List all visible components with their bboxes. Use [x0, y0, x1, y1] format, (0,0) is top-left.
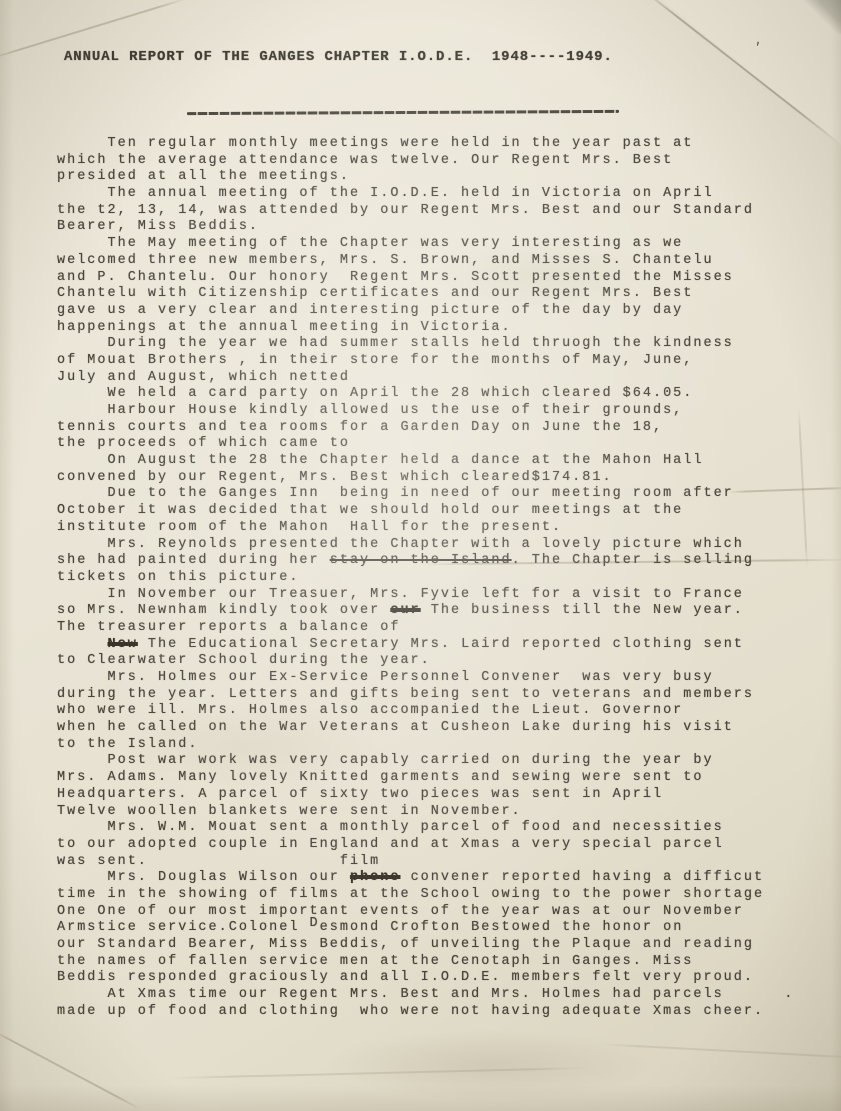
- document-line: gave us a very clear and interesting pic…: [57, 303, 794, 320]
- document-title: ANNUAL REPORT OF THE GANGES CHAPTER I.O.…: [64, 49, 613, 65]
- document-line: so Mrs. Newnham kindly took over our The…: [57, 603, 794, 620]
- typed-text: . The Chapter is selling: [512, 553, 754, 568]
- struck-text: stay on the Island: [330, 553, 512, 568]
- document-line: who were ill. Mrs. Holmes also accompani…: [57, 703, 794, 720]
- document-line: when he called on the War Veterans at Cu…: [57, 720, 794, 737]
- crease-right-vertical: [798, 409, 808, 569]
- document-line: The treasurer reports a balance of: [57, 620, 794, 637]
- typed-text: Bearer, Miss Beddis.: [57, 219, 259, 234]
- typed-text: during the year. Letters and gifts being…: [57, 687, 754, 702]
- document-line: On August the 28 the Chapter held a danc…: [57, 453, 794, 470]
- typed-text: the t2, 13, 14, was attended by our Rege…: [57, 203, 754, 218]
- typed-text: Harbour House kindly allowed us the use …: [57, 403, 683, 418]
- corner-background-sliver: [801, 0, 841, 34]
- typed-text: to the Island.: [57, 737, 198, 752]
- typed-text: institute room of the Mahon Hall for the…: [57, 520, 562, 535]
- document-line: Mrs. Reynolds presented the Chapter with…: [57, 537, 794, 554]
- document-line: our Standard Bearer, Miss Beddis, of unv…: [57, 937, 794, 954]
- typed-text: July and August, which netted: [57, 370, 350, 385]
- document-line: institute room of the Mahon Hall for the…: [57, 520, 794, 537]
- typed-text: Beddis responded graciously and all I.O.…: [57, 970, 754, 985]
- typed-text: Due to the Ganges Inn being in need of o…: [57, 486, 734, 501]
- struck-text: our: [390, 603, 420, 618]
- scanned-document-page: ANNUAL REPORT OF THE GANGES CHAPTER I.O.…: [0, 0, 841, 1111]
- document-line: Armstice service.Colonel Desmond Crofton…: [57, 920, 794, 937]
- typed-text: Chantelu with Citizenship certificates a…: [57, 286, 693, 301]
- document-line: of Mouat Brothers , in their store for t…: [57, 353, 794, 370]
- document-line: the t2, 13, 14, was attended by our Rege…: [57, 203, 794, 220]
- document-line: the names of fallen service men at the C…: [57, 954, 794, 971]
- typed-text: presided at all the meetings.: [57, 169, 350, 184]
- document-line: the proceeds of which came to: [57, 436, 794, 453]
- typed-text: tennis courts and tea rooms for a Garden…: [57, 420, 663, 435]
- typed-text: Twelve woollen blankets were sent in Nov…: [57, 804, 522, 819]
- document-line: The May meeting of the Chapter was very …: [57, 236, 794, 253]
- typed-text: happenings at the annual meeting in Vict…: [57, 320, 512, 335]
- stray-ink-mark: ': [751, 39, 762, 55]
- typed-text: welcomed three new members, Mrs. S. Brow…: [57, 253, 714, 268]
- document-line: Chantelu with Citizenship certificates a…: [57, 286, 794, 303]
- document-line: happenings at the annual meeting in Vict…: [57, 320, 794, 337]
- document-line: to Clearwater School during the year.: [57, 653, 794, 670]
- typed-text: tickets on this picture.: [57, 570, 299, 585]
- document-line: during the year. Letters and gifts being…: [57, 687, 794, 704]
- document-line: In November our Treasuer, Mrs. Fyvie lef…: [57, 587, 794, 604]
- typed-text: time in the showing of films at the Scho…: [57, 887, 764, 902]
- typed-text: the names of fallen service men at the C…: [57, 954, 693, 969]
- document-line: Due to the Ganges Inn being in need of o…: [57, 486, 794, 503]
- paper-stain: [330, 1030, 650, 1100]
- typed-text: who were ill. Mrs. Holmes also accompani…: [57, 703, 683, 718]
- document-line: July and August, which netted: [57, 370, 794, 387]
- crease-bottom-1: [170, 1067, 590, 1079]
- document-line: she had painted during her stay on the I…: [57, 553, 794, 570]
- document-line: Headquarters. A parcel of sixty two piec…: [57, 787, 794, 804]
- typed-text: Mrs. Adams. Many lovely Knitted garments…: [57, 770, 703, 785]
- typed-text: to our adopted couple in England and at …: [57, 837, 724, 852]
- document-line: New The Educational Secretary Mrs. Laird…: [57, 637, 794, 654]
- typed-text: Mrs. Reynolds presented the Chapter with…: [57, 537, 744, 552]
- typed-text: convener reported having a difficut: [400, 870, 764, 885]
- document-line: Mrs. Adams. Many lovely Knitted garments…: [57, 770, 794, 787]
- document-line: We held a card party on April the 28 whi…: [57, 386, 794, 403]
- typed-text: she had painted during her: [57, 553, 330, 568]
- document-line: tickets on this picture.: [57, 570, 794, 587]
- crease-bottom-2: [600, 1043, 841, 1058]
- typed-divider-rule: [187, 110, 619, 115]
- document-line: One One of our most important events of …: [57, 904, 794, 921]
- typed-text: One One of our most important events of …: [57, 904, 744, 919]
- document-line: and P. Chantelu. Our honory Regent Mrs. …: [57, 270, 794, 287]
- document-line: was sent. film: [57, 854, 794, 871]
- typed-text: our Standard Bearer, Miss Beddis, of unv…: [57, 937, 754, 952]
- typed-text: of Mouat Brothers , in their store for t…: [57, 353, 693, 368]
- document-line: to our adopted couple in England and at …: [57, 837, 794, 854]
- struck-text: phone: [350, 870, 401, 885]
- typed-text: convened by our Regent, Mrs. Best which …: [57, 470, 613, 485]
- typed-text: During the year we had summer stalls hel…: [57, 336, 734, 351]
- document-line: Beddis responded graciously and all I.O.…: [57, 970, 794, 987]
- typed-text: so Mrs. Newnham kindly took over: [57, 603, 390, 618]
- typed-text: Mrs. Holmes our Ex-Service Personnel Con…: [57, 670, 714, 685]
- typed-text: On August the 28 the Chapter held a danc…: [57, 453, 703, 468]
- document-line: Ten regular monthly meetings were held i…: [57, 136, 794, 153]
- document-line: which the average attendance was twelve.…: [57, 153, 794, 170]
- typed-text: In November our Treasuer, Mrs. Fyvie lef…: [57, 587, 744, 602]
- typed-text: made up of food and clothing who were no…: [57, 1004, 764, 1019]
- typed-text: Mrs. Douglas Wilson our: [57, 870, 350, 885]
- document-line: Mrs. Douglas Wilson our phone convener r…: [57, 870, 794, 887]
- document-line: welcomed three new members, Mrs. S. Brow…: [57, 253, 794, 270]
- document-line: The annual meeting of the I.O.D.E. held …: [57, 186, 794, 203]
- struck-text: New: [108, 637, 138, 652]
- document-line: time in the showing of films at the Scho…: [57, 887, 794, 904]
- typed-text: The May meeting of the Chapter was very …: [57, 236, 683, 251]
- typed-text: The annual meeting of the I.O.D.E. held …: [57, 186, 714, 201]
- typed-text: The treasurer reports a balance of: [57, 620, 400, 635]
- document-line: At Xmas time our Regent Mrs. Best and Mr…: [57, 987, 794, 1004]
- typed-text: which the average attendance was twelve.…: [57, 153, 673, 168]
- typed-text: D: [310, 916, 320, 931]
- typed-text: the proceeds of which came to: [57, 436, 350, 451]
- document-line: Post war work was very capably carried o…: [57, 753, 794, 770]
- document-line: convened by our Regent, Mrs. Best which …: [57, 470, 794, 487]
- typed-text: Ten regular monthly meetings were held i…: [57, 136, 693, 151]
- typed-text: gave us a very clear and interesting pic…: [57, 303, 683, 318]
- document-line: to the Island.: [57, 737, 794, 754]
- typed-text: We held a card party on April the 28 whi…: [57, 386, 693, 401]
- crease-bottom-left: [0, 1028, 140, 1109]
- document-line: tennis courts and tea rooms for a Garden…: [57, 420, 794, 437]
- typed-text: esmond Crofton Bestowed the honor on: [320, 920, 684, 935]
- document-body: Ten regular monthly meetings were held i…: [57, 136, 794, 1020]
- document-line: October it was decided that we should ho…: [57, 503, 794, 520]
- document-line: Bearer, Miss Beddis.: [57, 219, 794, 236]
- typed-text: and P. Chantelu. Our honory Regent Mrs. …: [57, 270, 734, 285]
- typed-text: The business till the New year.: [421, 603, 744, 618]
- typed-text: Armstice service.Colonel: [57, 920, 310, 935]
- typed-text: Mrs. W.M. Mouat sent a monthly parcel of…: [57, 820, 724, 835]
- document-line: Mrs. Holmes our Ex-Service Personnel Con…: [57, 670, 794, 687]
- typed-text: when he called on the War Veterans at Cu…: [57, 720, 734, 735]
- document-line: made up of food and clothing who were no…: [57, 1004, 794, 1021]
- typed-text: Headquarters. A parcel of sixty two piec…: [57, 787, 663, 802]
- typed-text: was sent. film: [57, 854, 380, 869]
- document-line: Harbour House kindly allowed us the use …: [57, 403, 794, 420]
- document-line: Twelve woollen blankets were sent in Nov…: [57, 804, 794, 821]
- document-line: Mrs. W.M. Mouat sent a monthly parcel of…: [57, 820, 794, 837]
- typed-text: The Educational Secretary Mrs. Laird rep…: [138, 637, 744, 652]
- typed-text: [57, 637, 108, 652]
- document-line: presided at all the meetings.: [57, 169, 794, 186]
- typed-text: to Clearwater School during the year.: [57, 653, 431, 668]
- typed-text: October it was decided that we should ho…: [57, 503, 683, 518]
- document-line: During the year we had summer stalls hel…: [57, 336, 794, 353]
- typed-text: At Xmas time our Regent Mrs. Best and Mr…: [57, 987, 794, 1002]
- typed-text: Post war work was very capably carried o…: [57, 753, 714, 768]
